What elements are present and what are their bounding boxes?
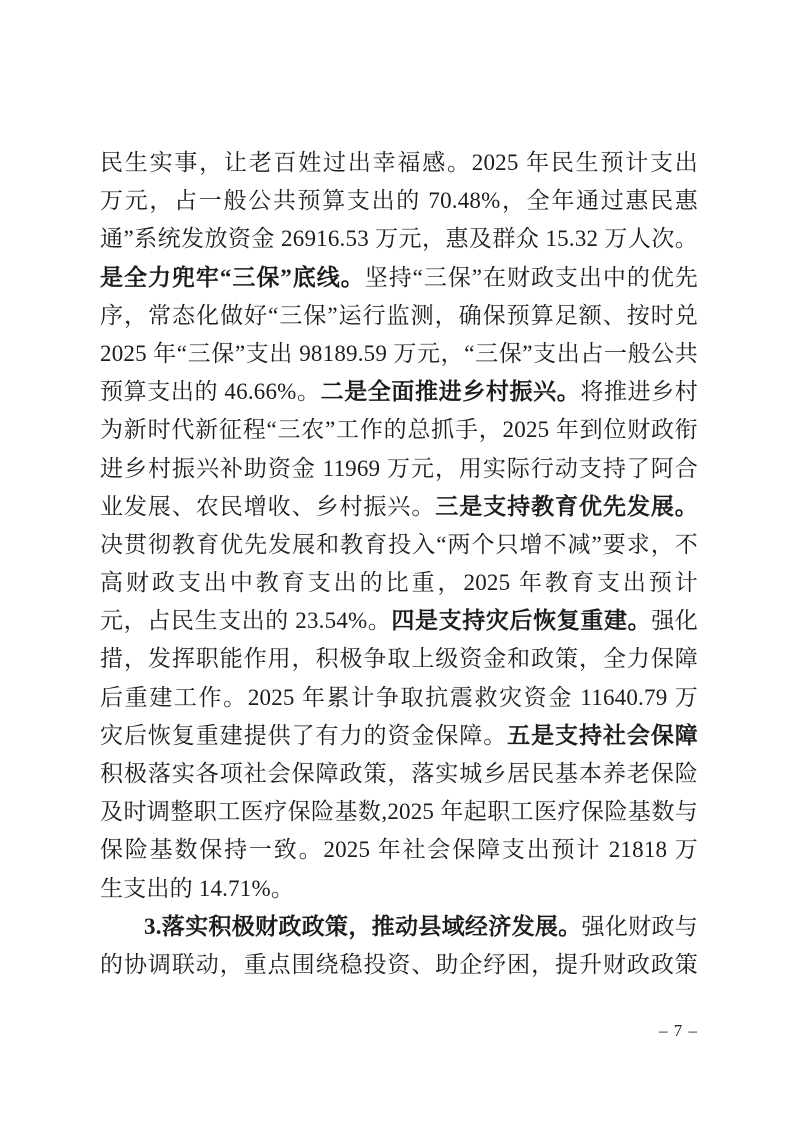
text-line: 2025 年“三保”支出 98189.59 万元，“三保”支出占一般公共 [100,335,698,373]
text-segment: 灾后恢复重建提供了有力的资金保障。 [100,723,507,748]
text-line: 生支出的 14.71%。 [100,870,698,908]
text-line: 灾后恢复重建提供了有力的资金保障。五是支持社会保障体系。 [100,717,698,755]
text-line: 民生实事，让老百姓过出幸福感。2025 年民生预计支出 148325 [100,144,698,182]
text-segment: 业发展、农民增收、乡村振兴。 [100,494,435,519]
text-line: 后重建工作。2025 年累计争取抗震救灾资金 11640.79 万元，为 [100,679,698,717]
text-segment: 预算支出的 46.66%。 [100,379,321,404]
text-line-paragraph-start: 3.落实积极财政政策，推动县域经济发展。强化财政与经济 [100,908,698,946]
text-line: 高财政支出中教育支出的比重，2025 年教育支出预计 34911 万 [100,564,698,602]
text-segment: 2025 年“三保”支出 98189.59 万元，“三保”支出占一般公共 [100,341,698,366]
document-body: 民生实事，让老百姓过出幸福感。2025 年民生预计支出 148325 万元，占一… [100,144,698,984]
text-segment: 决贯彻教育优先发展和教育投入“两个只增不减”要求，不断提 [100,532,698,564]
text-line: 序，常态化做好“三保”运行监测，确保预算足额、按时兑付。 [100,297,698,335]
bold-heading-segment: 二是全面推进乡村振兴。 [321,379,581,404]
text-segment: 后重建工作。2025 年累计争取抗震救灾资金 11640.79 万元，为 [100,685,698,717]
text-segment: 积极落实各项社会保障政策，落实城乡居民基本养老保险待遇， [100,761,698,793]
document-page: 民生实事，让老百姓过出幸福感。2025 年民生预计支出 148325 万元，占一… [0,0,793,1122]
text-line: 通”系统发放资金 26916.53 万元，惠及群众 15.32 万人次。一 [100,220,698,258]
text-segment: 及时调整职工医疗保险基数,2025 年起职工医疗保险基数与养老 [100,799,698,831]
text-segment: 序，常态化做好“三保”运行监测，确保预算足额、按时兑付。 [100,303,698,335]
text-line: 的协调联动，重点围绕稳投资、助企纾困，提升财政政策的精准 [100,946,698,984]
bold-heading-segment: 3.落实积极财政政策，推动县域经济发展。 [144,914,582,939]
text-segment: 为新时代新征程“三农”工作的总抓手，2025 年到位财政衔接推 [100,417,698,449]
text-line: 及时调整职工医疗保险基数,2025 年起职工医疗保险基数与养老 [100,793,698,831]
text-segment: 通”系统发放资金 26916.53 万元，惠及群众 15.32 万人次。 [100,226,698,251]
text-line: 保险基数保持一致。2025 年社会保障支出预计 21818 万元，占民 [100,831,698,869]
text-segment: 民生实事，让老百姓过出幸福感。2025 年民生预计支出 148325 [100,150,698,182]
page-number: – 7 – [659,1020,698,1042]
text-line: 为新时代新征程“三农”工作的总抓手，2025 年到位财政衔接推 [100,411,698,449]
text-line: 积极落实各项社会保障政策，落实城乡居民基本养老保险待遇， [100,755,698,793]
text-segment: 万元，占一般公共预算支出的 70.48%，全年通过惠民惠农“一卡 [100,188,698,220]
bold-heading-segment: 三是支持教育优先发展。 [435,494,698,519]
text-segment: 元，占民生支出的 23.54%。 [100,608,391,633]
text-line: 是全力兜牢“三保”底线。坚持“三保”在财政支出中的优先顺 [100,259,698,297]
text-segment: 生支出的 14.71%。 [100,876,294,901]
text-segment: 高财政支出中教育支出的比重，2025 年教育支出预计 34911 万 [100,570,698,602]
text-segment: 措，发挥职能作用，积极争取上级资金和政策，全力保障地震灾 [100,646,698,678]
text-line: 万元，占一般公共预算支出的 70.48%，全年通过惠民惠农“一卡 [100,182,698,220]
text-line: 预算支出的 46.66%。二是全面推进乡村振兴。将推进乡村振兴作 [100,373,698,411]
text-line: 进乡村振兴补助资金 11969 万元，用实际行动支持了阿合奇县农 [100,450,698,488]
text-segment: 的协调联动，重点围绕稳投资、助企纾困，提升财政政策的精准 [100,952,698,984]
text-line: 元，占民生支出的 23.54%。四是支持灾后恢复重建。强化工作举 [100,602,698,640]
text-segment: 保险基数保持一致。2025 年社会保障支出预计 21818 万元，占民 [100,837,698,869]
text-segment: 进乡村振兴补助资金 11969 万元，用实际行动支持了阿合奇县农 [100,456,698,488]
text-line: 业发展、农民增收、乡村振兴。三是支持教育优先发展。坚定坚 [100,488,698,526]
text-line: 措，发挥职能作用，积极争取上级资金和政策，全力保障地震灾 [100,640,698,678]
bold-heading-segment: 是全力兜牢“三保”底线。 [100,265,365,290]
bold-heading-segment: 四是支持灾后恢复重建。 [391,608,651,633]
text-line: 决贯彻教育优先发展和教育投入“两个只增不减”要求，不断提 [100,526,698,564]
